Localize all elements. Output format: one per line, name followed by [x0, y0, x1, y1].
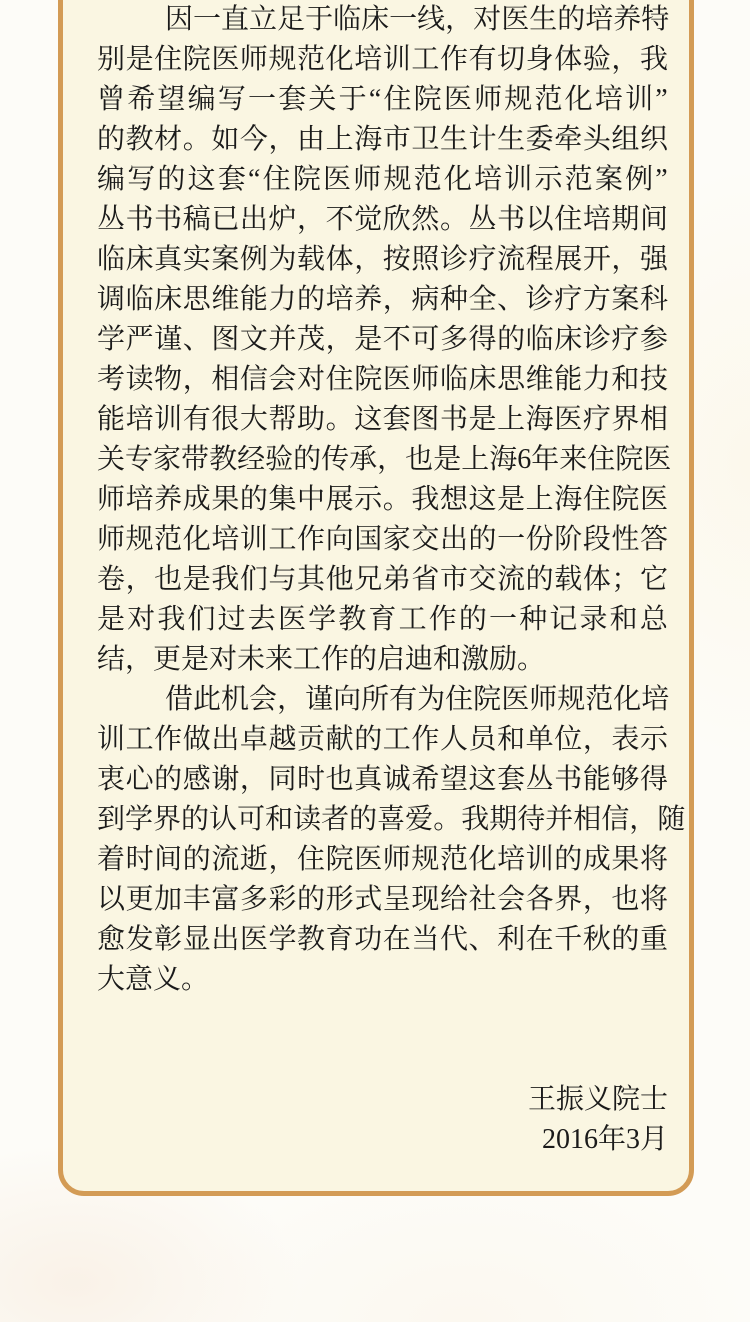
- text-line: 关专家带教经验的传承，也是上海6年来住院医: [97, 440, 668, 480]
- text-line: 到学界的认可和读者的喜爱。我期待并相信，随: [97, 800, 668, 840]
- text-line: 丛书书稿已出炉，不觉欣然。丛书以住培期间: [97, 200, 668, 240]
- text-line: 衷心的感谢，同时也真诚希望这套丛书能够得: [97, 760, 668, 800]
- text-line: 因一直立足于临床一线，对医生的培养特: [97, 0, 668, 40]
- text-line: 愈发彰显出医学教育功在当代、利在千秋的重: [97, 920, 668, 960]
- text-line: 借此机会，谨向所有为住院医师规范化培: [97, 680, 668, 720]
- preface-text: 因一直立足于临床一线，对医生的培养特 别是住院医师规范化培训工作有切身体验，我 …: [97, 0, 668, 1000]
- text-line: 临床真实案例为载体，按照诊疗流程展开，强: [97, 240, 668, 280]
- text-line: 结，更是对未来工作的启迪和激励。: [97, 640, 668, 680]
- text-line: 着时间的流逝，住院医师规范化培训的成果将: [97, 840, 668, 880]
- text-line: 别是住院医师规范化培训工作有切身体验，我: [97, 40, 668, 80]
- preface-card: 因一直立足于临床一线，对医生的培养特 别是住院医师规范化培训工作有切身体验，我 …: [58, 0, 694, 1196]
- text-line: 考读物，相信会对住院医师临床思维能力和技: [97, 360, 668, 400]
- text-line: 是对我们过去医学教育工作的一种记录和总: [97, 600, 668, 640]
- signature-block: 王振义院士 2016年3月: [97, 1080, 668, 1160]
- text-line: 师规范化培训工作向国家交出的一份阶段性答: [97, 520, 668, 560]
- text-line: 调临床思维能力的培养，病种全、诊疗方案科: [97, 280, 668, 320]
- text-line: 曾希望编写一套关于“住院医师规范化培训”: [97, 80, 668, 120]
- text-line: 编写的这套“住院医师规范化培训示范案例”: [97, 160, 668, 200]
- text-line: 大意义。: [97, 960, 668, 1000]
- page: { "page": { "background": "#FDFCF8" }, "…: [0, 0, 750, 1322]
- text-line: 卷，也是我们与其他兄弟省市交流的载体；它: [97, 560, 668, 600]
- text-line: 的教材。如今，由上海市卫生计生委牵头组织: [97, 120, 668, 160]
- text-line: 以更加丰富多彩的形式呈现给社会各界，也将: [97, 880, 668, 920]
- signature-name: 王振义院士: [97, 1080, 668, 1120]
- text-line: 学严谨、图文并茂，是不可多得的临床诊疗参: [97, 320, 668, 360]
- text-line: 能培训有很大帮助。这套图书是上海医疗界相: [97, 400, 668, 440]
- text-line: 师培养成果的集中展示。我想这是上海住院医: [97, 480, 668, 520]
- text-line: 训工作做出卓越贡献的工作人员和单位，表示: [97, 720, 668, 760]
- signature-date: 2016年3月: [97, 1120, 668, 1160]
